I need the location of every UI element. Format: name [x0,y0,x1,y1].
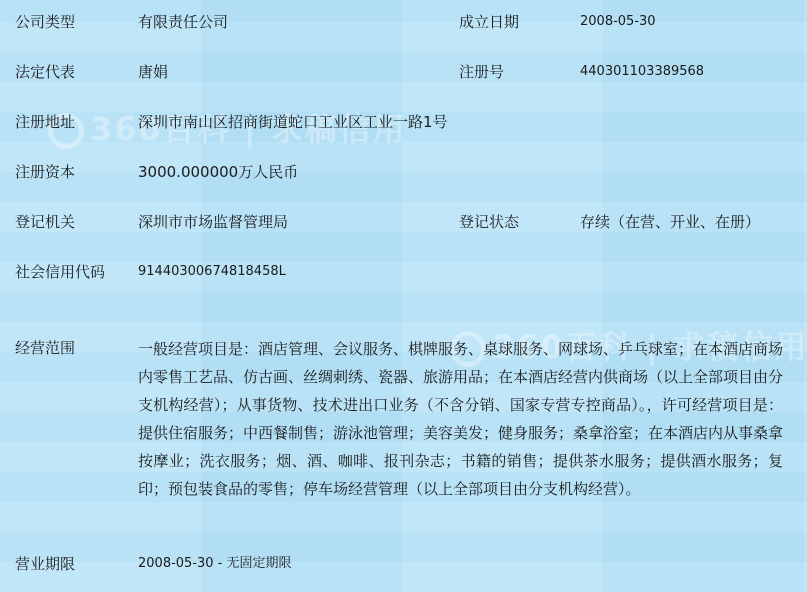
label-business-scope: 经营范围 [15,335,125,361]
label-registered-capital: 注册资本 [15,159,125,185]
label-registration-authority: 登记机关 [15,209,125,235]
label-business-term: 营业期限 [15,551,125,577]
label-company-type: 公司类型 [15,9,125,35]
value-registration-number: 440301103389568 [580,59,704,85]
label-established-date: 成立日期 [459,9,519,35]
value-business-scope: 一般经营项目是：酒店管理、会议服务、棋牌服务、桌球服务、网球场、乒乓球室；在本酒… [138,335,783,503]
value-registration-status: 存续（在营、开业、在册） [580,209,760,235]
value-credit-code: 91440300674818458L [138,259,286,285]
label-registration-number: 注册号 [459,59,504,85]
label-legal-representative: 法定代表 [15,59,125,85]
value-business-term: 2008-05-30 - 无固定期限 [138,551,292,577]
label-registration-status: 登记状态 [459,209,519,235]
value-registered-capital: 3000.000000万人民币 [138,159,298,185]
value-established-date: 2008-05-30 [580,9,656,35]
label-credit-code: 社会信用代码 [15,259,107,285]
value-registered-address: 深圳市南山区招商街道蛇口工业区工业一路1号 [138,109,448,135]
value-registration-authority: 深圳市市场监督管理局 [138,209,288,235]
value-legal-representative: 唐娟 [138,59,168,85]
value-company-type: 有限责任公司 [138,9,228,35]
label-registered-address: 注册地址 [15,109,125,135]
